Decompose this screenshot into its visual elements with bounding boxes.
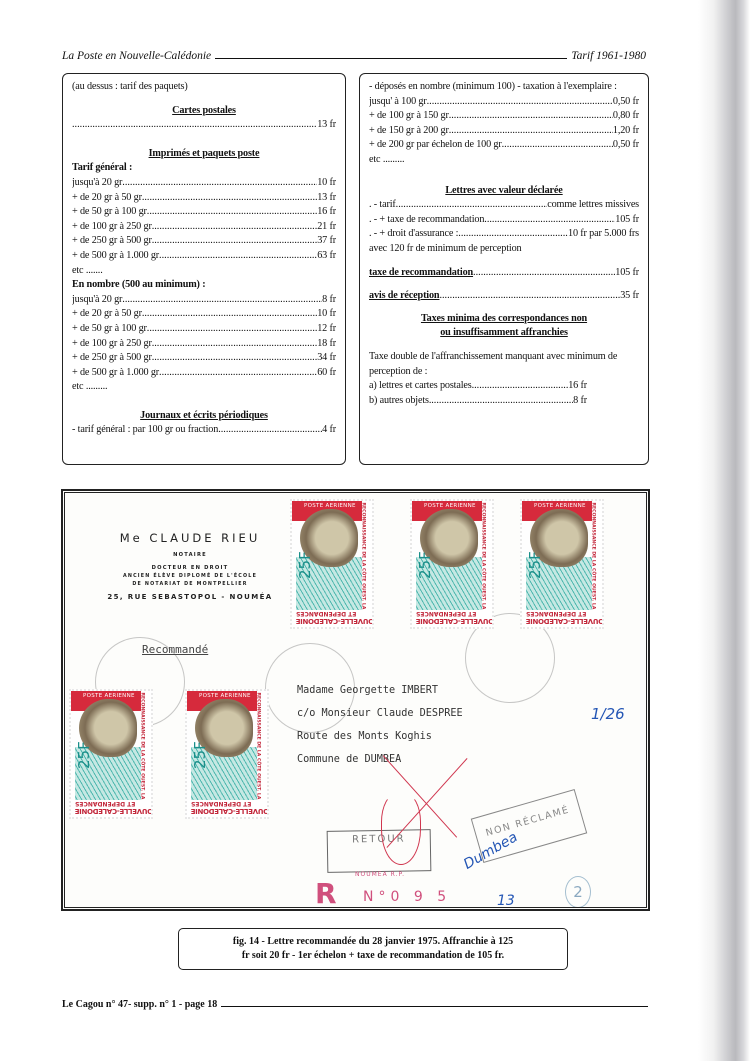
row-value: 37 fr bbox=[317, 234, 336, 249]
handwritten-fraction: 1/26 bbox=[591, 705, 625, 723]
row-label: b) autres objets. bbox=[369, 394, 431, 409]
tariff-box-left: (au dessus : tarif des paquets) Cartes p… bbox=[62, 73, 346, 465]
tariff-row: + de 200 gr par échelon de 100 gr0,50 fr bbox=[369, 138, 639, 153]
tariff-box-right: - déposés en nombre (minimum 100) - taxa… bbox=[359, 73, 649, 465]
tariff-row: + de 100 gr à 250 gr21 fr bbox=[72, 220, 336, 235]
leader-dots bbox=[431, 394, 573, 409]
tariff-row: 13 fr bbox=[72, 118, 336, 133]
row-label: . - + droit d'assurance : bbox=[369, 227, 458, 242]
row-value: 16 fr bbox=[317, 205, 336, 220]
row-label: + de 200 gr par échelon de 100 gr bbox=[369, 138, 502, 153]
leader-dots bbox=[159, 366, 317, 381]
row-value: 18 fr bbox=[317, 337, 336, 352]
leader-dots bbox=[159, 249, 317, 264]
row-value: 10 fr bbox=[317, 176, 336, 191]
leader-dots bbox=[396, 198, 548, 213]
tariff-row: + de 20 gr à 50 gr13 fr bbox=[72, 191, 336, 206]
tariff-row: + de 50 gr à 100 gr12 fr bbox=[72, 322, 336, 337]
section-title-imprimes: Imprimés et paquets poste bbox=[72, 147, 336, 162]
row-value: 63 fr bbox=[317, 249, 336, 264]
leader-dots bbox=[458, 227, 568, 242]
red-loop-mark bbox=[381, 793, 421, 865]
row-value: 21 fr bbox=[317, 220, 336, 235]
leader-dots bbox=[449, 124, 613, 139]
tariff-row: jusqu'à 20 gr10 fr bbox=[72, 176, 336, 191]
page-footer: Le Cagou n° 47- supp. n° 1 - page 18 bbox=[62, 999, 648, 1010]
row-value: 10 fr bbox=[317, 307, 336, 322]
row-value: 0,50 fr bbox=[613, 138, 639, 153]
row-value: 13 fr bbox=[317, 191, 336, 206]
section-title-cartes-postales: Cartes postales bbox=[72, 104, 336, 119]
tariff-row: + de 100 gr à 250 gr18 fr bbox=[72, 337, 336, 352]
running-header: La Poste en Nouvelle-Calédonie Tarif 196… bbox=[62, 44, 646, 62]
leader-dots bbox=[152, 220, 318, 235]
postage-stamp: POSTE AERIENNE25FRECONNAISSANCE DE LA CÔ… bbox=[185, 689, 269, 819]
row-label: + de 500 gr à 1.000 gr bbox=[72, 366, 159, 381]
leader-dots bbox=[502, 138, 613, 153]
footer-text: Le Cagou n° 47- supp. n° 1 - page 18 bbox=[62, 999, 217, 1010]
leader-dots bbox=[427, 95, 613, 110]
leader-dots bbox=[122, 176, 317, 191]
tariff-row-avis: avis de réception35 fr bbox=[369, 289, 639, 304]
tariff-row: + de 250 gr à 500 gr34 fr bbox=[72, 351, 336, 366]
row-label: + de 100 gr à 150 gr bbox=[369, 109, 449, 124]
row-label: + de 500 gr à 1.000 gr bbox=[72, 249, 159, 264]
tariff-row: - tarif général : par 100 gr ou fraction… bbox=[72, 423, 336, 438]
figure-caption: fig. 14 - Lettre recommandée du 28 janvi… bbox=[178, 928, 568, 970]
etc-text: etc ......... bbox=[369, 153, 639, 168]
tariff-row: + de 250 gr à 500 gr37 fr bbox=[72, 234, 336, 249]
envelope-figure: Me CLAUDE RIEU NOTAIRE DOCTEUR EN DROIT … bbox=[62, 490, 649, 910]
row-label: . - + taxe de recommandation bbox=[369, 213, 484, 228]
row-value: 8 fr bbox=[322, 293, 336, 308]
row-value: 0,50 fr bbox=[613, 95, 639, 110]
etc-text: etc ......... bbox=[72, 380, 336, 395]
leader-dots bbox=[152, 351, 318, 366]
tariff-row-recommandation: taxe de recommandation105 fr bbox=[369, 266, 639, 281]
tariff-row: + de 100 gr à 150 gr0,80 fr bbox=[369, 109, 639, 124]
tariff-row: . - tarifcomme lettres missives bbox=[369, 198, 639, 213]
row-value: 12 fr bbox=[317, 322, 336, 337]
row-value: 8 fr bbox=[573, 394, 587, 409]
row-label: jusqu'à 20 gr bbox=[72, 176, 122, 191]
header-right: Tarif 1961-1980 bbox=[571, 50, 646, 62]
tariff-row: + de 500 gr à 1.000 gr60 fr bbox=[72, 366, 336, 381]
handwritten-number: 13 bbox=[497, 893, 515, 909]
tariff-row: + de 20 gr à 50 gr10 fr bbox=[72, 307, 336, 322]
row-label: + de 250 gr à 500 gr bbox=[72, 351, 152, 366]
tariff-row: a) lettres et cartes postales16 fr bbox=[369, 379, 587, 394]
row-value: 10 fr par 5.000 frs bbox=[568, 227, 639, 242]
row-label: + de 250 gr à 500 gr bbox=[72, 234, 152, 249]
subheading-en-nombre: En nombre (500 au minimum) : bbox=[72, 278, 336, 293]
leader-dots bbox=[472, 379, 569, 394]
header-rule bbox=[215, 58, 567, 59]
tariff-row: jusqu' à 100 gr0,50 fr bbox=[369, 95, 639, 110]
note-text: avec 120 fr de minimum de perception bbox=[369, 242, 639, 257]
postage-stamp: POSTE AERIENNE25FRECONNAISSANCE DE LA CÔ… bbox=[410, 499, 494, 629]
addressee-block: Madame Georgette IMBERT c/o Monsieur Cla… bbox=[297, 679, 463, 771]
row-value: 16 fr bbox=[568, 379, 587, 394]
row-label: + de 20 gr à 50 gr bbox=[72, 307, 142, 322]
row-label: . - tarif bbox=[369, 198, 396, 213]
row-value: 1,20 fr bbox=[613, 124, 639, 139]
row-value: 105 fr bbox=[615, 213, 639, 228]
row-label: jusqu' à 100 gr bbox=[369, 95, 427, 110]
leader-dots bbox=[449, 109, 613, 124]
subheading-tarif-general: Tarif général : bbox=[72, 161, 336, 176]
leader-dots bbox=[152, 337, 318, 352]
leader-dots bbox=[142, 307, 317, 322]
row-label: + de 20 gr à 50 gr bbox=[72, 191, 142, 206]
tariff-row: + de 50 gr à 100 gr16 fr bbox=[72, 205, 336, 220]
leader-dots bbox=[152, 234, 318, 249]
header-left: La Poste en Nouvelle-Calédonie bbox=[62, 50, 211, 62]
tariff-row: + de 500 gr à 1.000 gr63 fr bbox=[72, 249, 336, 264]
row-label: a) lettres et cartes postales bbox=[369, 379, 472, 394]
leader-dots bbox=[147, 322, 317, 337]
leader-dots bbox=[147, 205, 317, 220]
row-value: comme lettres missives bbox=[547, 198, 639, 213]
tariff-row: jusqu'à 20 gr8 fr bbox=[72, 293, 336, 308]
postage-stamp: POSTE AERIENNE25FRECONNAISSANCE DE LA CÔ… bbox=[520, 499, 604, 629]
taxes-minima-text: Taxe double de l'affranchissement manqua… bbox=[369, 350, 639, 379]
tariff-row: b) autres objets.8 fr bbox=[369, 394, 587, 409]
row-label: jusqu'à 20 gr bbox=[72, 293, 122, 308]
postage-stamp: POSTE AERIENNE25FRECONNAISSANCE DE LA CÔ… bbox=[69, 689, 153, 819]
row-label: + de 50 gr à 100 gr bbox=[72, 322, 147, 337]
intro-text: - déposés en nombre (minimum 100) - taxa… bbox=[369, 80, 639, 95]
postage-stamp: POSTE AERIENNE25FRECONNAISSANCE DE LA CÔ… bbox=[290, 499, 374, 629]
etc-text: etc ....... bbox=[72, 264, 336, 279]
intro-text: (au dessus : tarif des paquets) bbox=[72, 80, 336, 95]
tariff-row: . - + taxe de recommandation105 fr bbox=[369, 213, 639, 228]
row-label: + de 100 gr à 250 gr bbox=[72, 220, 152, 235]
row-value: 34 fr bbox=[317, 351, 336, 366]
sender-letterhead: Me CLAUDE RIEU NOTAIRE DOCTEUR EN DROIT … bbox=[95, 531, 285, 601]
tariff-row: . - + droit d'assurance :10 fr par 5.000… bbox=[369, 227, 639, 242]
section-title-valeur-declaree: Lettres avec valeur déclarée bbox=[369, 184, 639, 199]
row-value: 0,80 fr bbox=[613, 109, 639, 124]
tariff-row: + de 150 gr à 200 gr1,20 fr bbox=[369, 124, 639, 139]
row-value: 60 fr bbox=[317, 366, 336, 381]
row-label: + de 100 gr à 250 gr bbox=[72, 337, 152, 352]
section-title-taxes-minima: Taxes minima des correspondances non ou … bbox=[369, 312, 639, 341]
leader-dots bbox=[484, 213, 615, 228]
row-label: + de 50 gr à 100 gr bbox=[72, 205, 147, 220]
row-label: + de 150 gr à 200 gr bbox=[369, 124, 449, 139]
circled-number: 2 bbox=[565, 876, 591, 908]
section-title-journaux: Journaux et écrits périodiques bbox=[72, 409, 336, 424]
recommande-label: Recommandé bbox=[142, 643, 208, 656]
leader-dots bbox=[142, 191, 317, 206]
footer-rule bbox=[221, 1006, 648, 1007]
leader-dots bbox=[122, 293, 322, 308]
page-edge-shadow bbox=[698, 0, 750, 1061]
